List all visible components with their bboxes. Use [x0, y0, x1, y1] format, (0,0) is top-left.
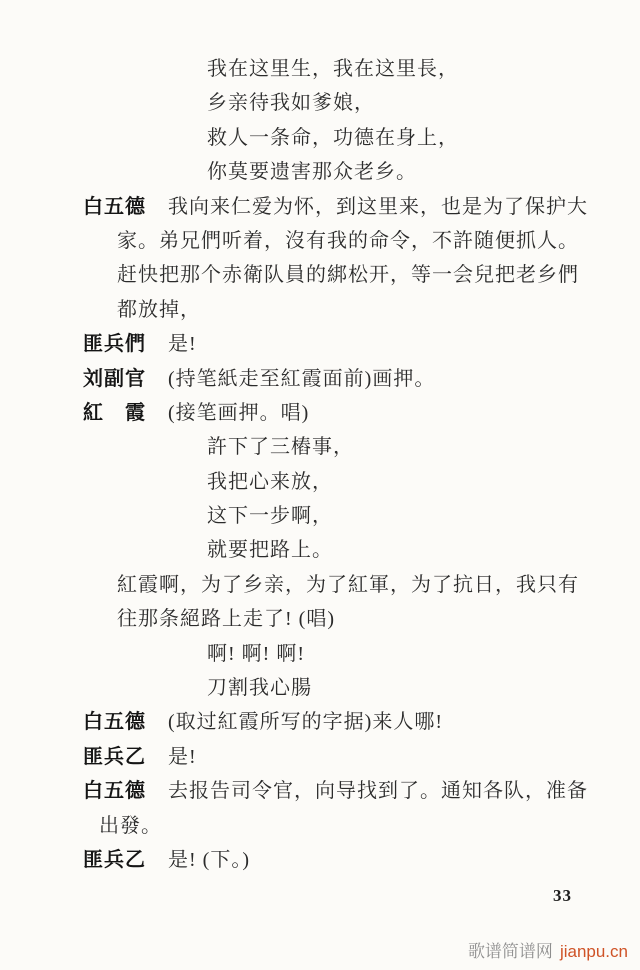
dialogue-line: 紅 霞 (接笔画押。唱) [0, 396, 640, 430]
dialogue-text: 我向来仁爱为怀，到这里来，也是为了保护大 [168, 190, 640, 224]
lyric-line: 刀割我心腸 [0, 671, 640, 705]
dialogue-wrapped-line: 家。弟兄們听着，沒有我的命令，不許随便抓人。 [0, 224, 640, 258]
dialogue-text: (取过紅霞所写的字据)来人哪! [168, 705, 640, 739]
lyric-line: 你莫要遗害那众老乡。 [0, 155, 640, 189]
dialogue-line: 白五德 (取过紅霞所写的字据)来人哪! [0, 705, 640, 739]
lyric-line: 許下了三樁事， [0, 430, 640, 464]
lyric-line: 啊! 啊! 啊! [0, 637, 640, 671]
dialogue-text: 是! (下。) [168, 843, 640, 877]
page-number: 33 [553, 886, 572, 906]
dialogue-wrapped-line: 紅霞啊，为了乡亲，为了紅軍，为了抗日，我只有 [0, 568, 640, 602]
speaker-name: 白五德 [83, 705, 168, 739]
lyric-line: 乡亲待我如爹娘， [0, 86, 640, 120]
speaker-name: 匪兵乙 [83, 843, 168, 877]
speaker-name: 白五德 [83, 774, 168, 808]
lyric-line: 就要把路上。 [0, 533, 640, 567]
dialogue-line: 刘副官 (持笔紙走至紅霞面前)画押。 [0, 362, 640, 396]
lyric-line: 我把心来放， [0, 465, 640, 499]
dialogue-text: 去报告司令官，向导找到了。通知各队，准备 [168, 774, 640, 808]
speaker-name: 白五德 [83, 190, 168, 224]
dialogue-wrapped-line: 往那条絕路上走了! (唱) [0, 602, 640, 636]
dialogue-line: 匪兵乙 是! [0, 740, 640, 774]
script-content: 我在这里生，我在这里長， 乡亲待我如爹娘， 救人一条命，功德在身上， 你莫要遗害… [0, 52, 640, 877]
speaker-name: 紅 霞 [83, 396, 168, 430]
dialogue-line: 白五德 去报告司令官，向导找到了。通知各队，准备 [0, 774, 640, 808]
lyric-line: 救人一条命，功德在身上， [0, 121, 640, 155]
watermark: 歌谱简谱网jianpu.cn [468, 937, 628, 962]
dialogue-line: 匪兵乙 是! (下。) [0, 843, 640, 877]
dialogue-line: 匪兵們 是! [0, 327, 640, 361]
dialogue-text: (接笔画押。唱) [168, 396, 640, 430]
dialogue-wrapped-line: 赶快把那个赤衛队員的綁松开，等一会兒把老乡們 [0, 258, 640, 292]
dialogue-wrapped-line: 出發。 [0, 809, 640, 843]
lyric-line: 我在这里生，我在这里長， [0, 52, 640, 86]
dialogue-text: 是! [168, 327, 640, 361]
speaker-name: 匪兵乙 [83, 740, 168, 774]
dialogue-wrapped-line: 都放掉， [0, 293, 640, 327]
watermark-site-url: jianpu.cn [560, 942, 628, 961]
lyric-line: 这下一步啊， [0, 499, 640, 533]
speaker-name: 刘副官 [83, 362, 168, 396]
dialogue-line: 白五德 我向来仁爱为怀，到这里来，也是为了保护大 [0, 190, 640, 224]
watermark-site-name: 歌谱简谱网 [468, 942, 553, 961]
speaker-name: 匪兵們 [83, 327, 168, 361]
scanned-script-page: 我在这里生，我在这里長， 乡亲待我如爹娘， 救人一条命，功德在身上， 你莫要遗害… [0, 0, 640, 970]
dialogue-text: 是! [168, 740, 640, 774]
dialogue-text: (持笔紙走至紅霞面前)画押。 [168, 362, 640, 396]
